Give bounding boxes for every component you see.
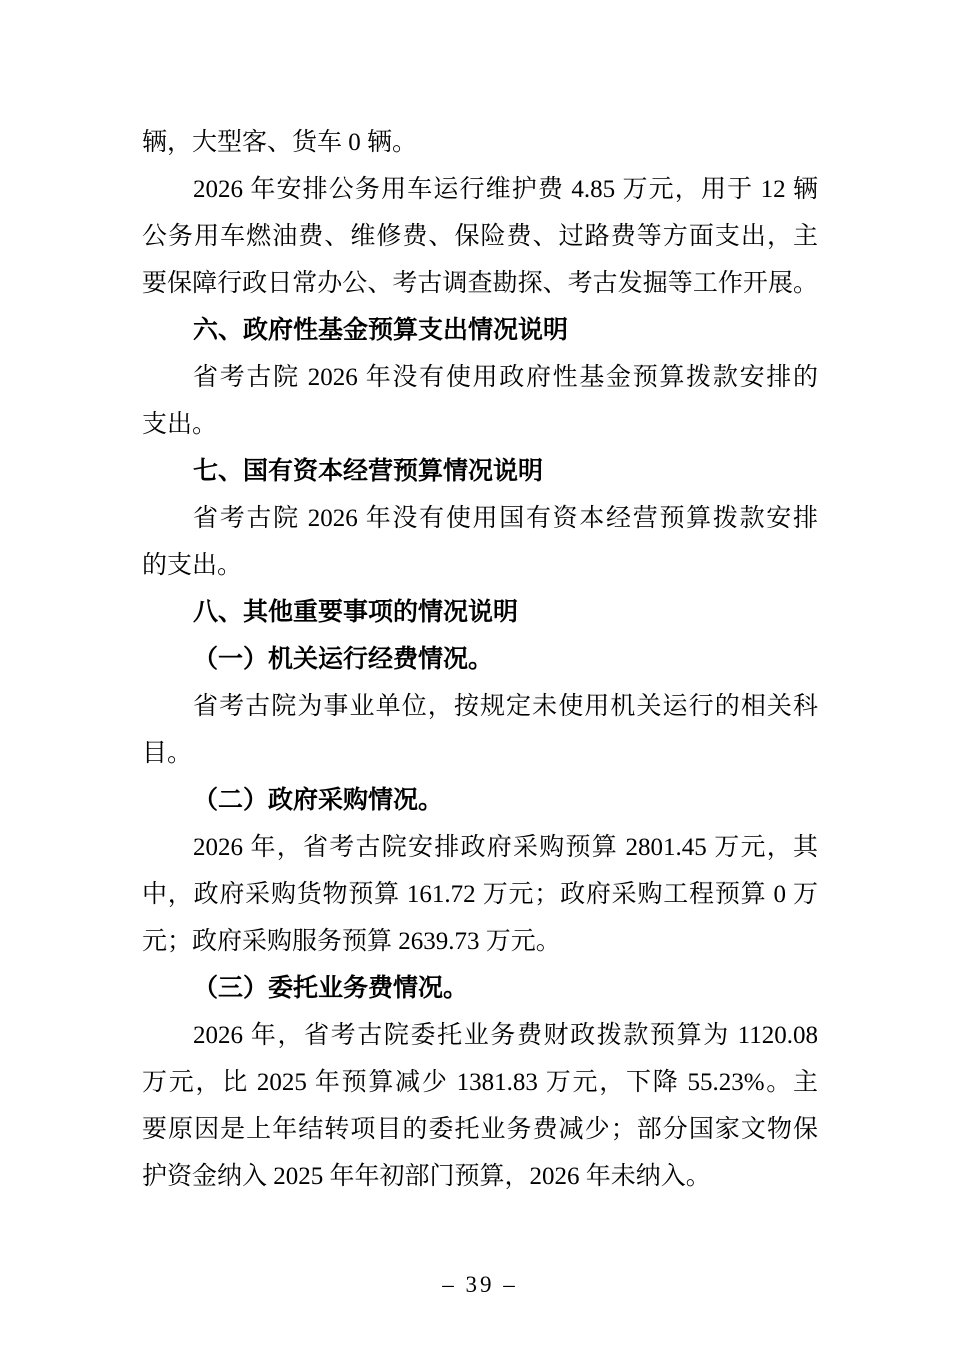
body-line: 省考古院 2026 年没有使用政府性基金预算拨款安排的 [142,354,818,401]
page-number: – 39 – [0,1272,960,1298]
body-line: 要原因是上年结转项目的委托业务费减少；部分国家文物保 [142,1106,818,1153]
body-line: 支出。 [142,401,818,448]
body-line: 省考古院 2026 年没有使用国有资本经营预算拨款安排 [142,495,818,542]
document-body: 辆，大型客、货车 0 辆。 2026 年安排公务用车运行维护费 4.85 万元，… [142,119,818,1200]
body-line: 2026 年安排公务用车运行维护费 4.85 万元，用于 12 辆 [142,166,818,213]
document-page: 辆，大型客、货车 0 辆。 2026 年安排公务用车运行维护费 4.85 万元，… [0,0,960,1357]
body-line: 省考古院为事业单位，按规定未使用机关运行的相关科 [142,683,818,730]
body-line: 护资金纳入 2025 年年初部门预算，2026 年未纳入。 [142,1153,818,1200]
body-line: 的支出。 [142,542,818,589]
body-line: 公务用车燃油费、维修费、保险费、过路费等方面支出，主 [142,213,818,260]
body-line: 要保障行政日常办公、考古调查勘探、考古发掘等工作开展。 [142,260,818,307]
body-line: 元；政府采购服务预算 2639.73 万元。 [142,918,818,965]
body-line: 辆，大型客、货车 0 辆。 [142,119,818,166]
sub-heading-2: （二）政府采购情况。 [142,777,818,824]
body-line: 2026 年，省考古院委托业务费财政拨款预算为 1120.08 [142,1012,818,1059]
section-heading-8: 八、其他重要事项的情况说明 [142,589,818,636]
body-line: 万元，比 2025 年预算减少 1381.83 万元，下降 55.23%。主 [142,1059,818,1106]
body-line: 2026 年，省考古院安排政府采购预算 2801.45 万元，其 [142,824,818,871]
body-line: 中，政府采购货物预算 161.72 万元；政府采购工程预算 0 万 [142,871,818,918]
sub-heading-1: （一）机关运行经费情况。 [142,636,818,683]
section-heading-7: 七、国有资本经营预算情况说明 [142,448,818,495]
sub-heading-3: （三）委托业务费情况。 [142,965,818,1012]
section-heading-6: 六、政府性基金预算支出情况说明 [142,307,818,354]
body-line: 目。 [142,730,818,777]
